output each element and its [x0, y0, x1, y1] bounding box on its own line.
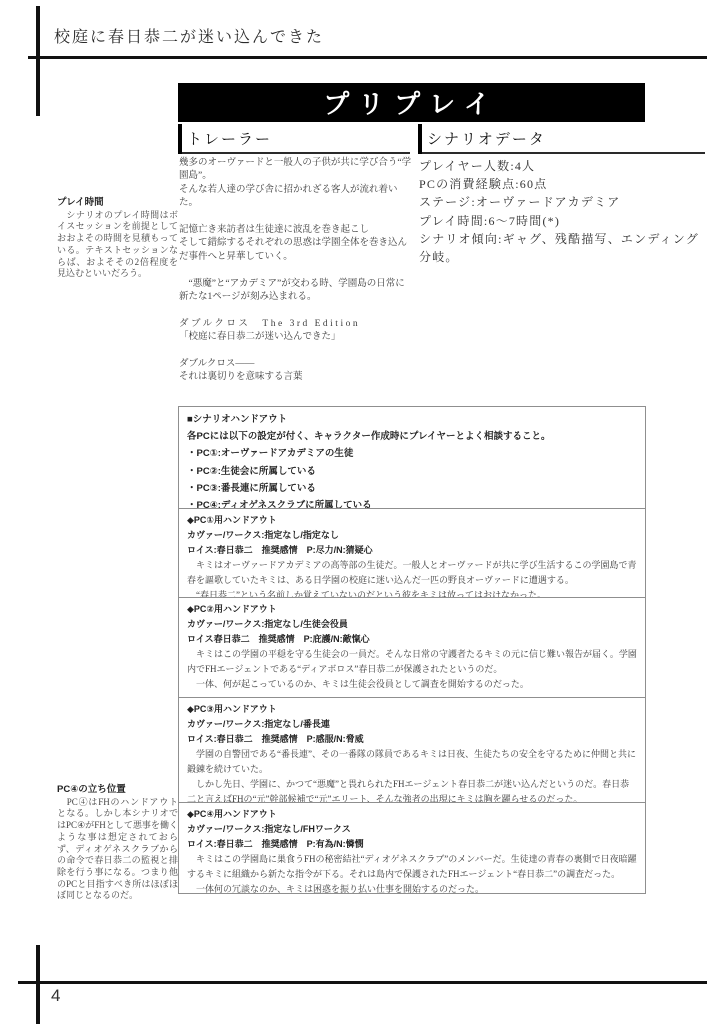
handout-bullet: ・PC③:番長連に所属している: [187, 480, 637, 497]
trailer-heading: トレーラー: [178, 126, 410, 154]
trailer-line: [179, 211, 413, 224]
handout-pc2-body1: キミはこの学園の平穏を守る生徒会の一員だ。そんな日常の守護者たるキミの元に信じ難…: [187, 647, 637, 677]
scenario-data-heading: シナリオデータ: [418, 126, 705, 154]
handout-pc4-body2: 一体何の冗談なのか、キミは困惑を振り払い仕事を開始するのだった。: [187, 882, 637, 894]
margin-note-pc4-position: PC④の立ち位置 PC④はFHのハンドアウトとなる。しかし本シナリオではPC④が…: [57, 784, 178, 902]
handout-section-pc3: ◆PC③用ハンドアウト カヴァー/ワークス:指定なし/番長連 ロイス:春日恭二 …: [179, 697, 645, 802]
handout-bullet: ・PC④:ディオゲネスクラブに所属している: [187, 497, 637, 508]
preplay-banner: プリプレイ: [178, 83, 645, 122]
handout-box-title: ■シナリオハンドアウト: [187, 411, 637, 428]
preplay-banner-label: プリプレイ: [323, 84, 500, 121]
scenario-data-item: PCの消費経験点:60点: [419, 175, 706, 193]
handout-pc2-lois: ロイス春日恭二 推奨感情 P:庇護/N:敵愾心: [187, 632, 637, 647]
trailer-line: そして錯綜するそれぞれの思惑は学園全体を巻き込んだ事件へと昇華していく。: [179, 237, 413, 264]
handout-pc3-body1: 学園の自警団である“番長連”、その一番隊の隊員であるキミは日夜、生徒たちの安全を…: [187, 747, 637, 777]
handout-section-pc1: ◆PC①用ハンドアウト カヴァー/ワークス:指定なし/指定なし ロイス:春日恭二…: [179, 508, 645, 597]
handout-section-pc4: ◆PC④用ハンドアウト カヴァー/ワークス:指定なし/FHワークス ロイス:春日…: [179, 802, 645, 894]
trailer-heading-label: トレーラー: [187, 128, 272, 149]
handout-pc2-cover: カヴァー/ワークス:指定なし/生徒会役員: [187, 617, 637, 632]
handout-pc2-body2: 一体、何が起こっているのか、キミは生徒会役員として調査を開始するのだった。: [187, 677, 637, 692]
scenario-handout-box: ■シナリオハンドアウト 各PCには以下の設定が付く、キャラクター作成時にプレイヤ…: [178, 406, 646, 894]
handout-pc4-cover: カヴァー/ワークス:指定なし/FHワークス: [187, 822, 637, 837]
handout-section-pc2: ◆PC②用ハンドアウト カヴァー/ワークス:指定なし/生徒会役員 ロイス春日恭二…: [179, 597, 645, 697]
document-title: 校庭に春日恭二が迷い込んできた: [54, 24, 474, 47]
scenario-data-item: ステージ:オーヴァードアカデミア: [419, 193, 706, 211]
handout-bullet: ・PC②:生徒会に所属している: [187, 463, 637, 480]
handout-pc3-cover: カヴァー/ワークス:指定なし/番長連: [187, 717, 637, 732]
trailer-line: [179, 345, 413, 358]
handout-intro-section: ■シナリオハンドアウト 各PCには以下の設定が付く、キャラクター作成時にプレイヤ…: [179, 407, 645, 508]
handout-pc1-body2: “春日恭二”という名前しか覚えていないのだという彼をキミは放ってはおけなかった。: [187, 588, 637, 597]
margin-note-playtime-body: シナリオのプレイ時間はボイスセッションを前提としておおよその時間を見積もっている…: [57, 210, 178, 280]
trailer-line: ダブルクロス――: [179, 358, 413, 371]
scenario-data-list: プレイヤー人数:4人 PCの消費経験点:60点 ステージ:オーヴァードアカデミア…: [419, 157, 706, 266]
margin-note-playtime: プレイ時間 シナリオのプレイ時間はボイスセッションを前提としておおよその時間を見…: [57, 197, 178, 280]
margin-note-pc4-body: PC④はFHのハンドアウトとなる。しかし本シナリオではPC④がFHとして悪事を働…: [57, 797, 178, 902]
trailer-line: [179, 304, 413, 317]
handout-pc3-body2: しかし先日、学園に、かつて“悪魔”と畏れられたFHエージェント春日恭二が迷い込ん…: [187, 777, 637, 802]
handout-pc1-title: ◆PC①用ハンドアウト: [187, 513, 637, 528]
page-number: 4: [51, 986, 60, 1006]
footer-horizontal-rule: [18, 981, 707, 984]
scenario-data-heading-bar: [418, 124, 422, 154]
handout-pc1-lois: ロイス:春日恭二 推奨感情 P:尽力/N:猜疑心: [187, 543, 637, 558]
trailer-line: それは裏切りを意味する言葉: [179, 371, 413, 384]
top-left-vertical-rule: [36, 6, 40, 116]
trailer-heading-bar: [178, 124, 182, 154]
handout-pc4-body1: キミはこの学園島に巣食うFHの秘密結社“ディオゲネスクラブ”のメンバーだ。生徒達…: [187, 852, 637, 882]
bottom-left-vertical-rule: [36, 945, 40, 1024]
scenario-data-item: プレイヤー人数:4人: [419, 157, 706, 175]
scenario-data-heading-label: シナリオデータ: [427, 128, 546, 149]
handout-pc4-lois: ロイス:春日恭二 推奨感情 P:有為/N:憐憫: [187, 837, 637, 852]
trailer-line: 「校庭に春日恭二が迷い込んできた」: [179, 331, 413, 344]
margin-note-playtime-title: プレイ時間: [57, 197, 178, 209]
trailer-line: そんな若人達の学び舎に招かれざる客人が流れ着いた。: [179, 184, 413, 211]
trailer-line-edition: ダブルクロス The 3rd Edition: [179, 318, 413, 331]
header-horizontal-rule: [28, 56, 707, 59]
document-page: 校庭に春日恭二が迷い込んできた プリプレイ トレーラー 幾多のオーヴァードと一般…: [0, 0, 725, 1024]
trailer-line: “悪魔”と“アカデミア”が交わる時、学園島の日常に新たな1ページが刻み込まれる。: [179, 278, 413, 305]
trailer-text: 幾多のオーヴァードと一般人の子供が共に学び合う“学園島”。 そんな若人達の学び舎…: [179, 157, 413, 385]
handout-box-intro: 各PCには以下の設定が付く、キャラクター作成時にプレイヤーとよく相談すること。: [187, 428, 637, 445]
handout-pc1-body1: キミはオーヴァードアカデミアの高等部の生徒だ。一般人とオーヴァードが共に学び生活…: [187, 558, 637, 588]
trailer-line: 幾多のオーヴァードと一般人の子供が共に学び合う“学園島”。: [179, 157, 413, 184]
handout-pc4-title: ◆PC④用ハンドアウト: [187, 807, 637, 822]
handout-pc2-title: ◆PC②用ハンドアウト: [187, 602, 637, 617]
margin-note-pc4-title: PC④の立ち位置: [57, 784, 178, 796]
handout-pc1-cover: カヴァー/ワークス:指定なし/指定なし: [187, 528, 637, 543]
handout-pc3-title: ◆PC③用ハンドアウト: [187, 702, 637, 717]
scenario-data-item: プレイ時間:6〜7時間(*): [419, 212, 706, 230]
handout-bullet: ・PC①:オーヴァードアカデミアの生徒: [187, 445, 637, 462]
trailer-line: [179, 264, 413, 277]
scenario-data-item: シナリオ傾向:ギャグ、残酷描写、エンディング分岐。: [419, 230, 706, 266]
trailer-line: 記憶亡き来訪者は生徒達に波乱を巻き起こし: [179, 224, 413, 237]
handout-pc3-lois: ロイス:春日恭二 推奨感情 P:感服/N:脅威: [187, 732, 637, 747]
